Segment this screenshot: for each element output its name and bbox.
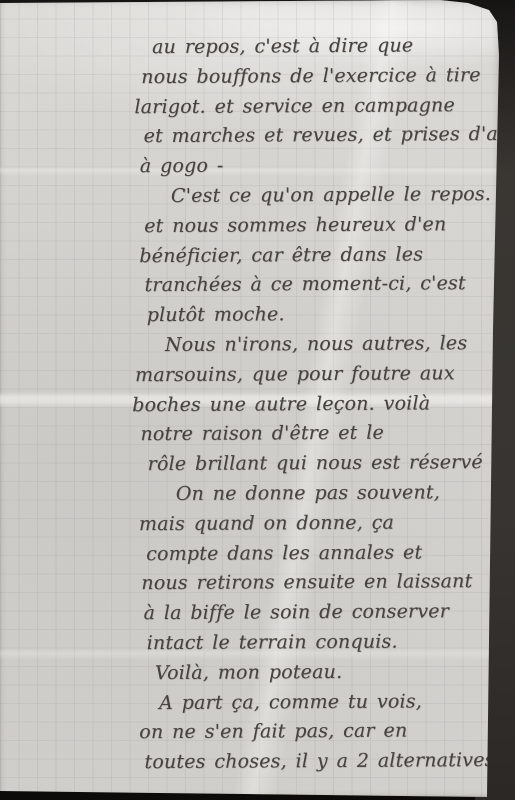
- handwritten-line: bénéficier, car être dans les: [1, 240, 503, 273]
- handwritten-line: et nous sommes heureux d'en: [1, 210, 503, 243]
- handwritten-line: à gogo -: [1, 150, 503, 183]
- handwritten-line: Voilà, mon poteau.: [4, 657, 506, 690]
- handwritten-line: on ne s'en fait pas, car en: [4, 716, 506, 749]
- handwritten-line: au repos, c'est à dire que: [0, 31, 502, 64]
- handwriting-text: au repos, c'est à dire quenous bouffons …: [0, 31, 507, 779]
- handwritten-line: Nous n'irons, nous autres, les: [2, 329, 504, 362]
- handwritten-line: notre raison d'être et le: [2, 418, 504, 451]
- handwritten-line: tranchées à ce moment-ci, c'est: [1, 269, 503, 302]
- scan-frame: au repos, c'est à dire quenous bouffons …: [0, 0, 515, 800]
- handwritten-line: marsouins, que pour foutre aux: [2, 359, 504, 392]
- handwritten-line: boches une autre leçon. voilà: [2, 388, 504, 421]
- handwritten-line: On ne donne pas souvent,: [3, 478, 505, 511]
- handwritten-line: larigot. et service en campagne: [0, 91, 502, 124]
- handwritten-line: A part ça, comme tu vois,: [4, 686, 506, 719]
- handwritten-line: C'est ce qu'on appelle le repos.: [1, 180, 503, 213]
- handwritten-line: et marches et revues, et prises d'armes: [1, 120, 503, 153]
- handwritten-line: rôle brillant qui nous est réservé: [3, 448, 505, 481]
- handwritten-line: plutôt moche.: [2, 299, 504, 332]
- handwritten-line: nous retirons ensuite en laissant: [3, 567, 505, 600]
- handwritten-line: toutes choses, il y a 2 alternatives: [4, 746, 506, 779]
- handwritten-line: mais quand on donne, ça: [3, 508, 505, 541]
- handwritten-line: à la biffe le soin de conserver: [3, 597, 505, 630]
- letter-page: au repos, c'est à dire quenous bouffons …: [0, 0, 502, 800]
- handwritten-line: intact le terrain conquis.: [4, 627, 506, 660]
- handwritten-line: nous bouffons de l'exercice à tire: [0, 61, 502, 94]
- handwritten-line: compte dans les annales et: [3, 537, 505, 570]
